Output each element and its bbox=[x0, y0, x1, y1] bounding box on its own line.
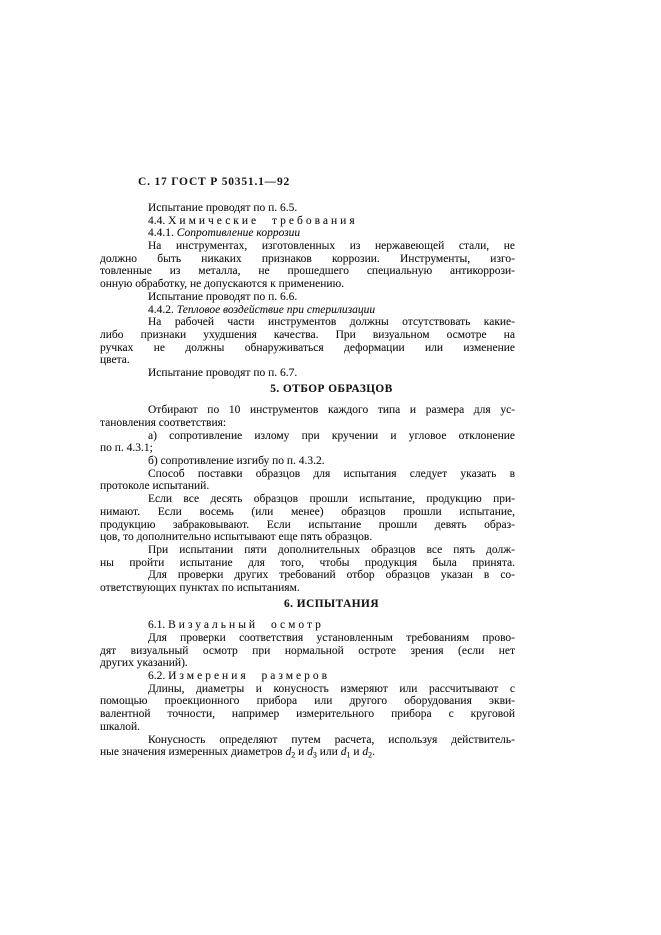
text-line: нимают. Если восемь (или менее) образцов… bbox=[100, 506, 515, 519]
text-line: На рабочей части инструментов должны отс… bbox=[100, 316, 515, 329]
text-line: б) сопротивление изгибу по п. 4.3.2. bbox=[100, 455, 515, 468]
text-line: Для проверки других требований отбор обр… bbox=[100, 569, 515, 582]
text-line: тановления соответствия: bbox=[100, 417, 515, 430]
text-segment: 4.4. bbox=[148, 215, 168, 227]
scanned-page: С. 17 ГОСТ Р 50351.1—92 Испытание провод… bbox=[0, 0, 661, 935]
text-line: либо признаки ухудшения качества. При ви… bbox=[100, 329, 515, 342]
text-segment: 6.2. bbox=[148, 670, 168, 682]
italic-text-segment: Сопротивление коррозии bbox=[177, 227, 300, 239]
text-line: должно быть никаких признаков коррозии. … bbox=[100, 253, 515, 266]
spaced-text-segment: Химические требования bbox=[168, 215, 358, 227]
text-line: При испытании пяти дополнительных образц… bbox=[100, 544, 515, 557]
text-segment: ные значения измеренных диаметров bbox=[100, 746, 285, 758]
text-segment: 6.1. bbox=[148, 619, 168, 631]
text-line: ны пройти испытание для того, чтобы прод… bbox=[100, 557, 515, 570]
text-segment: и bbox=[295, 746, 307, 758]
text-line: Отбирают по 10 инструментов каждого типа… bbox=[100, 404, 515, 417]
text-line: Длины, диаметры и конусность измеряют ил… bbox=[100, 683, 515, 696]
text-line: Испытание проводят по п. 6.6. bbox=[100, 291, 515, 304]
text-line: шкалой. bbox=[100, 721, 515, 734]
text-segment: 4.4.1. bbox=[148, 227, 177, 239]
text-line: товленные из металла, не прошедшего спец… bbox=[100, 265, 515, 278]
section-heading: 5. ОТБОР ОБРАЗЦОВ bbox=[100, 383, 515, 396]
text-line: цвета. bbox=[100, 354, 515, 367]
text-line: ответствующих пунктах по испытаниям. bbox=[100, 582, 515, 595]
text-segment: . bbox=[372, 746, 375, 758]
spaced-text-segment: Визуальный осмотр bbox=[168, 619, 324, 631]
text-line: ручках не должны обнаруживаться деформац… bbox=[100, 342, 515, 355]
document-body: Испытание проводят по п. 6.5.4.4. Химиче… bbox=[100, 202, 515, 759]
text-line: продукцию забраковывают. Если испытание … bbox=[100, 519, 515, 532]
text-line: ные значения измеренных диаметров d2 и d… bbox=[100, 746, 515, 759]
text-line: Испытание проводят по п. 6.7. bbox=[100, 367, 515, 380]
text-line: Для проверки соответствия установленным … bbox=[100, 632, 515, 645]
text-line: 6.1. Визуальный осмотр bbox=[100, 619, 515, 632]
spaced-text-segment: Измерения размеров bbox=[168, 670, 330, 682]
text-line: 4.4.2. Тепловое воздействие при стерилиз… bbox=[100, 304, 515, 317]
text-line: протоколе испытаний. bbox=[100, 480, 515, 493]
text-line: валентной точности, например измерительн… bbox=[100, 708, 515, 721]
text-line: Если все десять образцов прошли испытани… bbox=[100, 493, 515, 506]
page-number-and-standard: С. 17 ГОСТ Р 50351.1—92 bbox=[138, 176, 290, 188]
text-line: других указаний). bbox=[100, 657, 515, 670]
text-line: а) сопротивление излому при кручении и у… bbox=[100, 430, 515, 443]
text-line: по п. 4.3.1; bbox=[100, 442, 515, 455]
text-line: Конусность определяют путем расчета, исп… bbox=[100, 734, 515, 747]
text-line: помощью проекционного прибора или другог… bbox=[100, 695, 515, 708]
text-line: 6.2. Измерения размеров bbox=[100, 670, 515, 683]
text-segment: 4.4.2. bbox=[148, 304, 177, 316]
text-segment: и bbox=[350, 746, 362, 758]
text-line: 4.4.1. Сопротивление коррозии bbox=[100, 227, 515, 240]
text-line: дят визуальный осмотр при нормальной ост… bbox=[100, 645, 515, 658]
section-heading: 6. ИСПЫТАНИЯ bbox=[100, 598, 515, 611]
text-segment: или bbox=[317, 746, 341, 758]
text-line: онную обработку, не допускаются к примен… bbox=[100, 278, 515, 291]
text-line: Способ поставки образцов для испытания с… bbox=[100, 468, 515, 481]
italic-text-segment: Тепловое воздействие при стерилизации bbox=[177, 304, 375, 316]
text-line: Испытание проводят по п. 6.5. bbox=[100, 202, 515, 215]
text-line: На инструментах, изготовленных из нержав… bbox=[100, 240, 515, 253]
text-line: 4.4. Химические требования bbox=[100, 215, 515, 228]
text-line: цов, то дополнительно испытывают еще пят… bbox=[100, 531, 515, 544]
